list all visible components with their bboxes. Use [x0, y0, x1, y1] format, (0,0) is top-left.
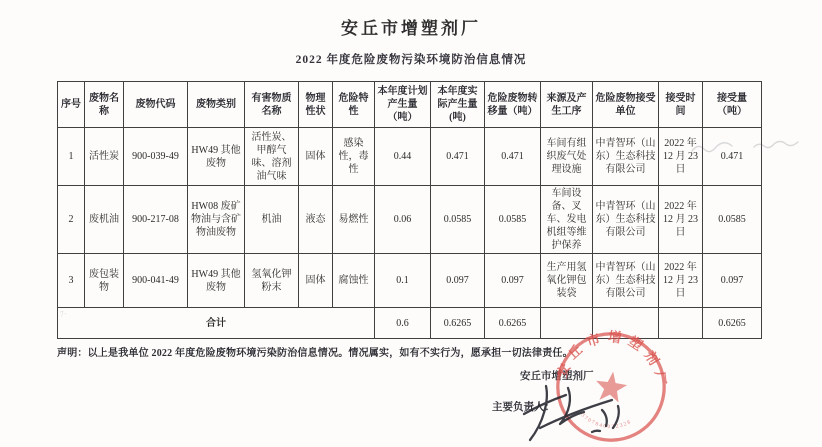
total-transferred-cell: 0.6265 [485, 308, 541, 339]
cell: 0.0585 [431, 186, 485, 254]
cell: 车间设备、叉车、发电机组等维护保养 [541, 186, 593, 254]
cell: 车间有组织废气处理设施 [541, 128, 593, 186]
cell: 中青智环（山东）生态科技有限公司 [593, 128, 659, 186]
cell: 活性炭、甲醇气味、溶剂油气味 [245, 128, 299, 186]
cell: 0.0585 [485, 186, 541, 254]
cell: 活性炭 [85, 128, 124, 186]
total-label-cell: 合计 [58, 308, 375, 339]
cell: 0.0585 [703, 186, 762, 254]
column-header: 接受量（吨） [703, 82, 762, 128]
column-header: 接受时间 [659, 82, 703, 128]
cell: 机油 [245, 186, 299, 254]
cell: 0.06 [375, 186, 431, 254]
signature [516, 380, 646, 446]
cell: 2022 年 12 月 23 日 [659, 186, 703, 254]
total-received-cell: 0.6265 [703, 308, 762, 339]
table-header-row: 序号 废物名称 废物代码 废物类别 有害物质名称 物理性状 危险特性 本年度计划… [58, 82, 762, 128]
cell: 易燃性 [333, 186, 375, 254]
table-row: 1 活性炭 900-039-49 HW49 其他废物 活性炭、甲醇气味、溶剂油气… [58, 128, 762, 186]
column-header: 本年度计划产生量（吨） [375, 82, 431, 128]
cell: 0.097 [485, 254, 541, 308]
column-header: 危险特性 [333, 82, 375, 128]
column-header: 本年度实际产生量(吨) [431, 82, 485, 128]
table-row: 3 废包装物 900-041-49 HW49 其他废物 氢氧化钾粉末 固体 腐蚀… [58, 254, 762, 308]
column-header: 废物类别 [188, 82, 245, 128]
cell: 腐蚀性 [333, 254, 375, 308]
cell: 液态 [299, 186, 333, 254]
cell: 0.1 [375, 254, 431, 308]
cell: 中青智环（山东）生态科技有限公司 [593, 186, 659, 254]
cell: 中青智环（山东）生态科技有限公司 [593, 254, 659, 308]
column-header: 废物代码 [124, 82, 188, 128]
cell: 2022 年 12 月 23 日 [659, 254, 703, 308]
cell: 900-217-08 [124, 186, 188, 254]
cell: 0.471 [431, 128, 485, 186]
cell: 0.44 [375, 128, 431, 186]
total-actual-cell: 0.6265 [431, 308, 485, 339]
column-header: 物理性状 [299, 82, 333, 128]
cell-empty [659, 308, 703, 339]
cell: 3 [58, 254, 85, 308]
cell: 2 [58, 186, 85, 254]
cell: HW49 其他废物 [188, 128, 245, 186]
scanned-document-page: 安丘市增塑剂厂 2022 年度危险废物污染环境防治信息情况 序号 废物名称 废物… [0, 0, 822, 447]
cell: 氢氧化钾粉末 [245, 254, 299, 308]
cell: 固体 [299, 128, 333, 186]
hazardous-waste-table: 序号 废物名称 废物代码 废物类别 有害物质名称 物理性状 危险特性 本年度计划… [57, 81, 762, 339]
cell: 0.471 [485, 128, 541, 186]
column-header: 危险废物转移量（吨） [485, 82, 541, 128]
column-header: 序号 [58, 82, 85, 128]
total-planned-cell: 0.6 [375, 308, 431, 339]
cell: 900-039-49 [124, 128, 188, 186]
column-header: 有害物质名称 [245, 82, 299, 128]
page-title: 安丘市增塑剂厂 [0, 14, 822, 39]
scan-artifact: 7· [60, 308, 79, 320]
table-row: 2 废机油 900-217-08 HW08 废矿物油与含矿物油废物 机油 液态 … [58, 186, 762, 254]
cell: 感染性，毒性 [333, 128, 375, 186]
cell: 废包装物 [85, 254, 124, 308]
column-header: 来源及产生工序 [541, 82, 593, 128]
cell: 废机油 [85, 186, 124, 254]
page-subtitle: 2022 年度危险废物污染环境防治信息情况 [0, 51, 822, 67]
cell: 生产用氢氧化钾包装袋 [541, 254, 593, 308]
cell: 0.097 [431, 254, 485, 308]
cell: 1 [58, 128, 85, 186]
cell: 900-041-49 [124, 254, 188, 308]
scan-artifact [688, 137, 806, 161]
column-header: 危险废物接受单位 [593, 82, 659, 128]
column-header: 废物名称 [85, 82, 124, 128]
cell: HW49 其他废物 [188, 254, 245, 308]
cell: HW08 废矿物油与含矿物油废物 [188, 186, 245, 254]
cell: 0.097 [703, 254, 762, 308]
cell: 固体 [299, 254, 333, 308]
